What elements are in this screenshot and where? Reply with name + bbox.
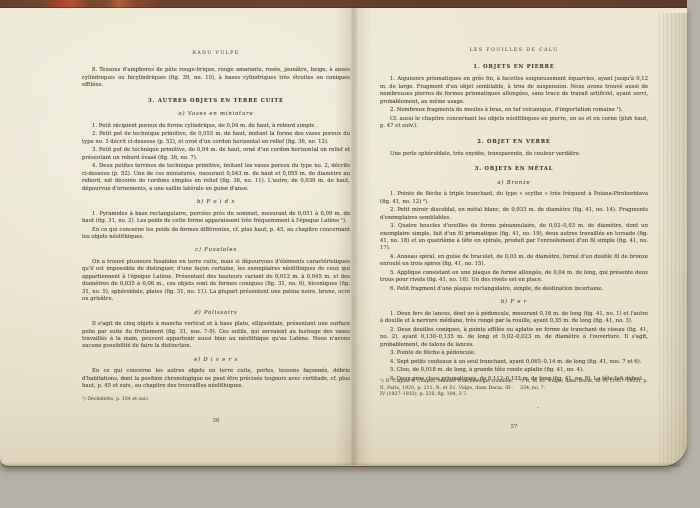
paragraph: 8. Tessons d'amphores de pâte rouge-briq… — [82, 67, 350, 89]
subsection-heading: e) D i v e r s — [82, 357, 350, 364]
paragraph: 4. Anneau spiral, en guise de bracelet, … — [380, 254, 648, 269]
paragraph: 6. Petit fragment d'une plaque rectangul… — [380, 286, 648, 293]
paragraph: 4. Deux petites terrines de technique pr… — [82, 163, 350, 193]
paragraph: 2. Petit miroir discoïdal, en métal blan… — [380, 207, 648, 222]
paragraph: 3. Petit pot de technique primitive, de … — [82, 147, 350, 162]
dust-speck — [629, 116, 631, 118]
section-heading: 2. OBJET EN VERRE — [380, 139, 648, 146]
section-heading: 3. AUTRES OBJETS EN TERRE CUITE — [82, 98, 350, 105]
right-page: LES FOUILLES DE CALU 1. OBJETS EN PIERRE… — [380, 47, 648, 385]
paragraph: 4. Sept petits couteaux à un seul tranch… — [380, 359, 648, 366]
paragraph: 1. Aiguisoirs prismatiques en grès fin, … — [380, 76, 648, 106]
left-running-head: RADU VULPE — [82, 50, 350, 57]
dust-speck — [537, 407, 539, 408]
paragraph: Cf. aussi le chapitre concernant les obj… — [380, 116, 648, 131]
paragraph: 1. Deux fers de lances, dont un à pédonc… — [380, 311, 648, 326]
left-page-number: 56 — [82, 418, 350, 424]
subsection-heading: d) Polissoirs — [82, 310, 350, 317]
paragraph: Une perle sphéroïdale, très oxydée, tran… — [380, 151, 648, 158]
scanned-book-photo: RADU VULPE 8. Tessons d'amphores de pâte… — [0, 0, 700, 508]
paragraph: Il s'agit de cinq objets à manche vertic… — [82, 321, 350, 351]
paragraph: 1. Pyramides à base rectangulaire, percé… — [82, 211, 350, 226]
subsection-heading: b) P o i d s — [82, 199, 350, 206]
left-page: RADU VULPE 8. Tessons d'amphores de pâte… — [82, 50, 350, 392]
right-page-number: 57 — [380, 424, 648, 430]
paragraph: 2. Nombreux fragments de meules à bras, … — [380, 107, 648, 114]
paragraph: 5. Clou, de 0,018 m. de long, à grande t… — [380, 367, 648, 374]
right-footnote-col1: ¹) R. Cagnat-V. Chapot, Manuel d'archéol… — [380, 379, 513, 399]
paragraph: 3. Quatre boucles d'oreilles de forme pé… — [380, 223, 648, 253]
left-page-body: 8. Tessons d'amphores de pâte rouge-briq… — [82, 67, 350, 390]
paragraph: 3. Pointe de flèche à pédoncule. — [380, 350, 648, 357]
paragraph: En ce qui concerne les poids de formes d… — [82, 227, 350, 242]
paragraph: On a trouvé plusieurs fusaïoles en terre… — [82, 259, 350, 304]
paragraph: 5. Applique consistant en une plaque de … — [380, 270, 648, 285]
paragraph: 2. Deux douilles coniques, à pointe effi… — [380, 327, 648, 349]
paragraph: 2. Petit pot de technique primitive, de … — [82, 131, 350, 146]
right-running-head: LES FOUILLES DE CALU — [380, 47, 648, 54]
paragraph: 1. Petit récipient poreux de forme cylin… — [82, 123, 350, 130]
paragraph: 1. Pointe de flèche à triple tranchant, … — [380, 191, 648, 206]
subsection-heading: a) Vases en miniature — [82, 111, 350, 118]
subsection-heading: a) Bronze — [380, 180, 648, 187]
left-footnote: ¹) Déchelette, p. 104 et suiv. — [82, 397, 350, 404]
section-heading: 3. OBJETS EN MÉTAL — [380, 166, 648, 173]
subsection-heading: b) F e r — [380, 299, 648, 306]
paragraph: En ce qui concerne les autres objets en … — [82, 368, 350, 390]
page-stack-fore-edge — [659, 13, 687, 465]
right-footnote-col2: ²) R. et Ec. Vulpe, dans Dacia, III–IV (… — [520, 379, 648, 392]
section-heading: 1. OBJETS EN PIERRE — [380, 64, 648, 71]
right-page-body: 1. OBJETS EN PIERRE1. Aiguisoirs prismat… — [380, 64, 648, 383]
subsection-heading: c) Fusaïoles — [82, 247, 350, 254]
